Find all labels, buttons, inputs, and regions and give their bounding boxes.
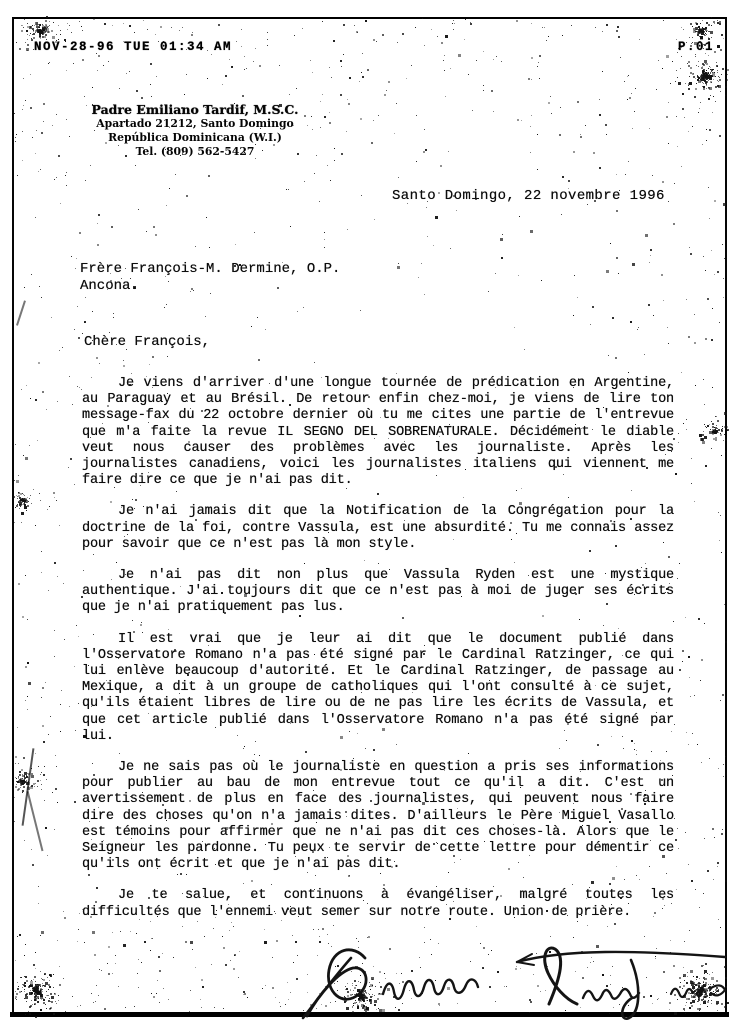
letterhead-name: Padre Emiliano Tardif, M.S.C. [70,102,320,117]
dateline: Santo Domingo, 22 novembre 1996 [392,188,665,204]
paragraph-2: Je n'ai jamais dit que la Notification d… [82,504,674,553]
letterhead-phone: Tel. (809) 562-5427 [70,145,320,159]
recipient-name: Frère François-M. Dermine, O.P. [80,261,340,278]
recipient-city: Ancona. [80,278,340,295]
letter-body: Je viens d'arriver d'une longue tournée … [82,376,674,936]
paragraph-4: Il est vrai que je leur ai dit que le do… [82,632,674,745]
letterhead-address-line2: República Dominicana (W.I.) [70,131,320,145]
letterhead-address-line1: Apartado 21212, Santo Domingo [70,117,320,131]
salutation: Chère François, [84,334,210,350]
paragraph-3: Je n'ai pas dit non plus que Vassula Ryd… [82,568,674,617]
handwritten-signature [295,942,733,1022]
paragraph-6: Je te salue, et continuons à évangéliser… [82,888,674,920]
recipient-block: Frère François-M. Dermine, O.P. Ancona. [80,261,340,295]
fax-page-number: P.01 [678,40,714,54]
fax-header: NOV-28-96 TUE 01:34 AM P.01 [34,40,714,54]
paragraph-5: Je ne sais pas où le journaliste en ques… [82,760,674,873]
scanned-fax-letter: { "colors": { "ink": "#0d0d0d", "paper":… [0,0,736,1024]
fax-timestamp: NOV-28-96 TUE 01:34 AM [34,40,232,54]
paragraph-1: Je viens d'arriver d'une longue tournée … [82,376,674,489]
signature-scrawl-icon [295,942,733,1022]
letterhead: Padre Emiliano Tardif, M.S.C. Apartado 2… [70,102,320,159]
